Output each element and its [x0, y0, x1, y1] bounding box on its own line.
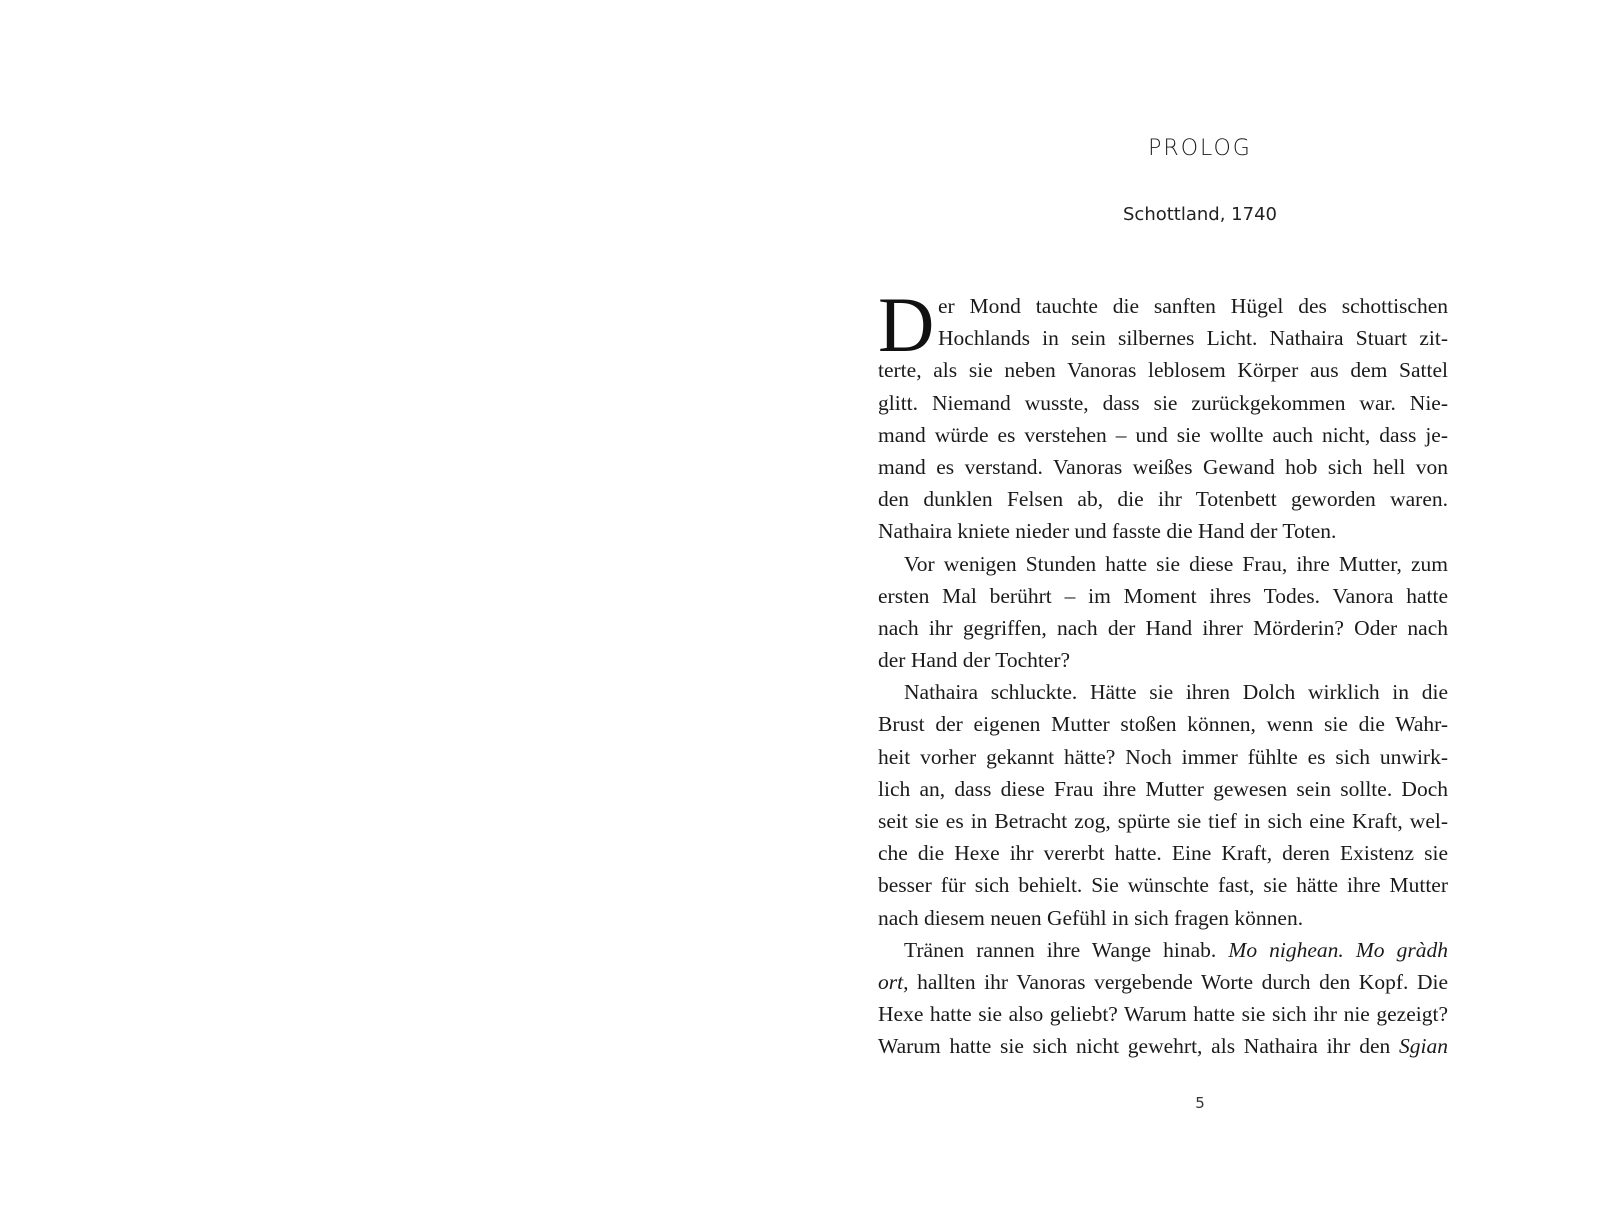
page-number: 5 — [800, 1094, 1600, 1112]
text-line: der Hand der Tochter? — [878, 644, 1448, 676]
place-date-subtitle: Schottland, 1740 — [800, 204, 1600, 225]
text-line: nach ihr gegriffen, nach der Hand ihrer … — [878, 612, 1448, 644]
body-text: D er Mond tauchte die sanften Hügel des … — [878, 290, 1448, 1063]
text-line: Brust der eigenen Mutter stoßen können, … — [878, 708, 1448, 740]
text-line: mand würde es verstehen – und sie wollte… — [878, 419, 1448, 451]
text-line: heit vorher gekannt hätte? Noch immer fü… — [878, 741, 1448, 773]
text-line: ort, hallten ihr Vanoras vergebende Wort… — [878, 966, 1448, 998]
text-line: Hochlands in sein silbernes Licht. Natha… — [878, 322, 1448, 354]
right-page: PROLOG Schottland, 1740 D er Mond taucht… — [800, 0, 1600, 1215]
text-line: Nathaira kniete nieder und fasste die Ha… — [878, 515, 1448, 547]
text-line: Tränen rannen ihre Wange hinab. Mo nighe… — [878, 934, 1448, 966]
text-line: seit sie es in Betracht zog, spürte sie … — [878, 805, 1448, 837]
text-line: mand es verstand. Vanoras weißes Gewand … — [878, 451, 1448, 483]
text-line: ersten Mal berührt – im Moment ihres Tod… — [878, 580, 1448, 612]
text-line: er Mond tauchte die sanften Hügel des sc… — [878, 290, 1448, 322]
text-segment: Warum hatte sie sich nicht gewehrt, als … — [878, 1034, 1399, 1058]
text-line: den dunklen Felsen ab, die ihr Totenbett… — [878, 483, 1448, 515]
text-line: Warum hatte sie sich nicht gewehrt, als … — [878, 1030, 1448, 1062]
book-spread: PROLOG Schottland, 1740 D er Mond taucht… — [0, 0, 1600, 1215]
text-line: besser für sich behielt. Sie wünschte fa… — [878, 869, 1448, 901]
drop-cap: D — [878, 294, 934, 356]
text-line: Nathaira schluckte. Hätte sie ihren Dolc… — [878, 676, 1448, 708]
text-line: glitt. Niemand wusste, dass sie zurückge… — [878, 387, 1448, 419]
text-line: Vor wenigen Stunden hatte sie diese Frau… — [878, 548, 1448, 580]
italic-gaelic-phrase: Mo nighean. Mo gràdh — [1228, 938, 1448, 962]
italic-gaelic-word: Sgian — [1399, 1034, 1448, 1058]
text-line: Hexe hatte sie also geliebt? Warum hatte… — [878, 998, 1448, 1030]
chapter-title: PROLOG — [800, 136, 1600, 161]
left-page-blank — [0, 0, 800, 1215]
italic-gaelic-phrase: ort, — [878, 970, 908, 994]
text-line: terte, als sie neben Vanoras leblosem Kö… — [878, 354, 1448, 386]
text-segment: hallten ihr Vanoras vergebende Worte dur… — [908, 970, 1448, 994]
text-line: lich an, dass diese Frau ihre Mutter gew… — [878, 773, 1448, 805]
text-segment: Tränen rannen ihre Wange hinab. — [904, 938, 1228, 962]
text-line: che die Hexe ihr vererbt hatte. Eine Kra… — [878, 837, 1448, 869]
text-line: nach diesem neuen Gefühl in sich fragen … — [878, 902, 1448, 934]
